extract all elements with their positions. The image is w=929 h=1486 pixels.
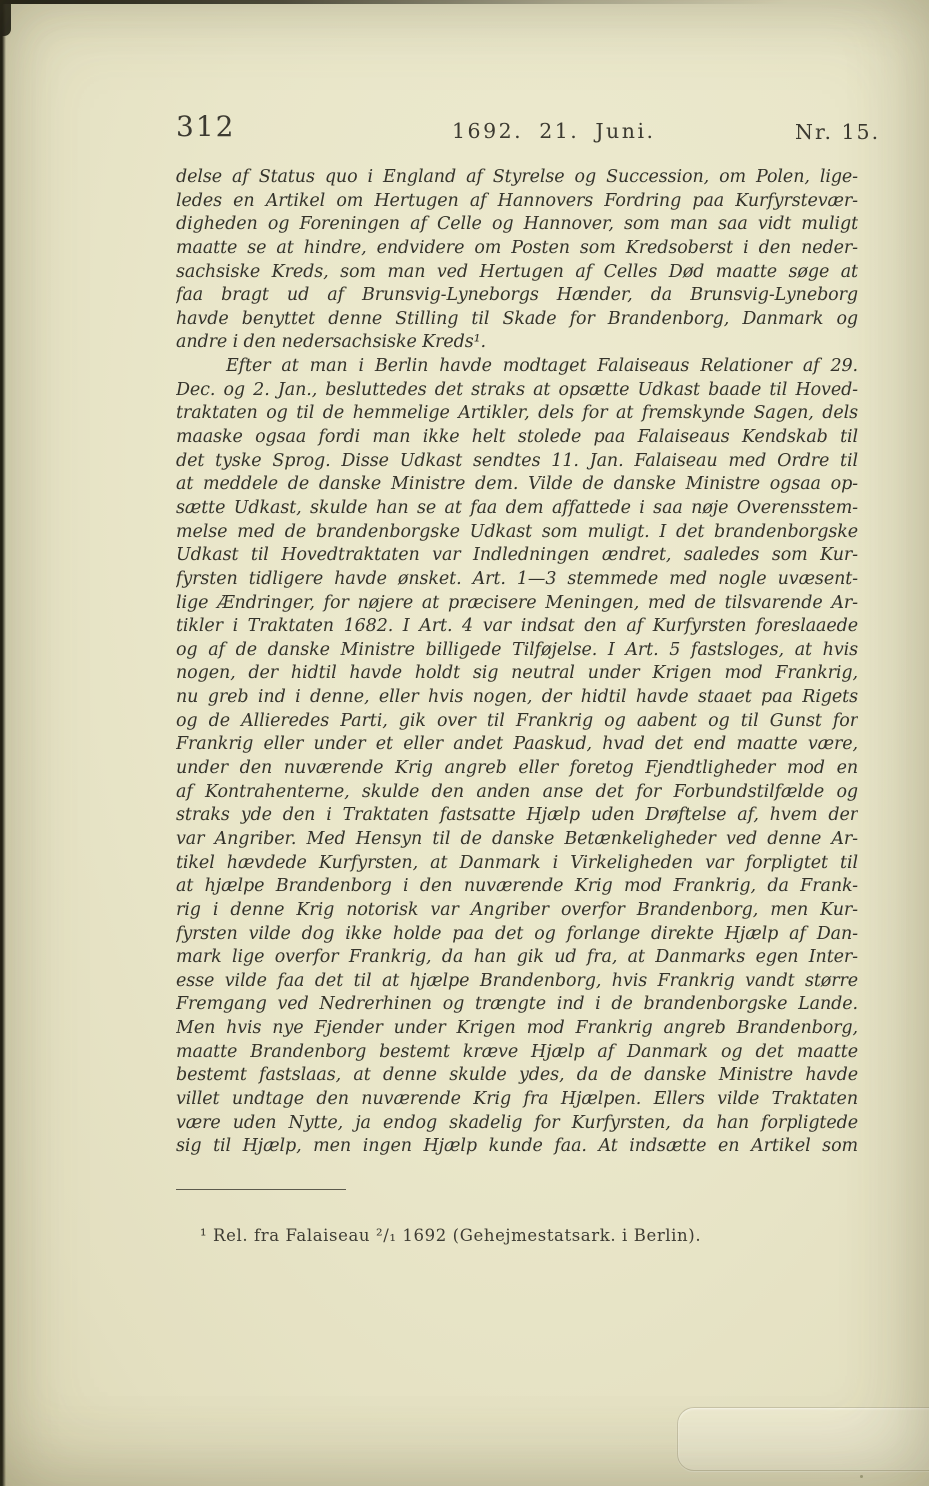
text-line: og af de danske Ministre billigede Tilfø…	[176, 639, 858, 663]
text-line: lige Ændringer, for nøjere at præcisere …	[176, 592, 858, 616]
text-line: bestemt fastslaas, at denne skulde ydes,…	[176, 1064, 858, 1088]
body-text: delse af Status quo i England af Styrels…	[176, 166, 858, 1159]
text-line: digheden og Foreningen af Celle og Hanno…	[176, 213, 858, 237]
footnote-separator	[176, 1189, 346, 1190]
text-line: sætte Udkast, skulde han se at faa dem a…	[176, 497, 858, 521]
text-line: maatte se at hindre, endvidere om Posten…	[176, 237, 858, 261]
text-line: havde benyttet denne Stilling til Skade …	[176, 308, 858, 332]
text-line: sachsiske Kreds, som man ved Hertugen af…	[176, 261, 858, 285]
footnote: ¹ Rel. fra Falaiseau ²/₁ 1692 (Gehejmest…	[176, 1226, 858, 1245]
paper-speck	[860, 1475, 863, 1478]
text-line: nu greb ind i denne, eller hvis nogen, d…	[176, 686, 858, 710]
text-line: var Angriber. Med Hensyn til de danske B…	[176, 828, 858, 852]
text-line: det tyske Sprog. Disse Udkast sendtes 11…	[176, 450, 858, 474]
scan-edge-top	[0, 0, 929, 4]
embossed-label-mark	[677, 1407, 929, 1471]
text-line: Fremgang ved Nedrerhinen og trængte ind …	[176, 993, 858, 1017]
text-line: mark lige overfor Frankrig, da han gik u…	[176, 946, 858, 970]
text-line: rig i denne Krig notorisk var Angriber o…	[176, 899, 858, 923]
text-line: maaske ogsaa fordi man ikke helt stolede…	[176, 426, 858, 450]
text-line: at hjælpe Brandenborg i den nuværende Kr…	[176, 875, 858, 899]
text-line: sig til Hjælp, men ingen Hjælp kunde faa…	[176, 1135, 858, 1159]
page-number: 312	[176, 110, 235, 143]
text-line: Udkast til Hovedtraktaten var Indledning…	[176, 544, 858, 568]
text-line: straks yde den i Traktaten fastsatte Hjæ…	[176, 804, 858, 828]
text-line: melse med de brandenborgske Udkast som m…	[176, 521, 858, 545]
header-issue-number: Nr. 15.	[795, 120, 880, 144]
scan-corner-top-left	[0, 0, 11, 36]
scan-edge-left	[0, 0, 6, 1486]
text-line: delse af Status quo i England af Styrels…	[176, 166, 858, 190]
text-line: nogen, der hidtil havde holdt sig neutra…	[176, 662, 858, 686]
text-line: Men hvis nye Fjender under Krigen mod Fr…	[176, 1017, 858, 1041]
text-line: andre i den nedersachsiske Kreds¹.	[176, 331, 858, 355]
header-date: 1692. 21. Juni.	[452, 119, 656, 143]
text-line: esse vilde faa det til at hjælpe Branden…	[176, 970, 858, 994]
text-line: tikler i Traktaten 1682. I Art. 4 var in…	[176, 615, 858, 639]
text-line: Efter at man i Berlin havde modtaget Fal…	[176, 355, 858, 379]
text-line: og de Allieredes Parti, gik over til Fra…	[176, 710, 858, 734]
text-line: traktaten og til de hemmelige Artikler, …	[176, 402, 858, 426]
text-line: Dec. og 2. Jan., besluttedes det straks …	[176, 379, 858, 403]
scanned-book-page: 312 1692. 21. Juni. Nr. 15. delse af Sta…	[0, 0, 929, 1486]
text-line: maatte Brandenborg bestemt kræve Hjælp a…	[176, 1041, 858, 1065]
text-line: Frankrig eller under et eller andet Paas…	[176, 733, 858, 757]
text-line: at meddele de danske Ministre dem. Vilde…	[176, 473, 858, 497]
text-line: tikel hævdede Kurfyrsten, at Danmark i V…	[176, 852, 858, 876]
text-line: under den nuværende Krig angreb eller fo…	[176, 757, 858, 781]
text-line: fyrsten tidligere havde ønsket. Art. 1—3…	[176, 568, 858, 592]
text-line: fyrsten vilde dog ikke holde paa det og …	[176, 923, 858, 947]
text-line: være uden Nytte, ja endog skadelig for K…	[176, 1112, 858, 1136]
text-line: ledes en Artikel om Hertugen af Hannover…	[176, 190, 858, 214]
text-line: af Kontrahenterne, skulde den anden anse…	[176, 781, 858, 805]
text-line: villet undtage den nuværende Krig fra Hj…	[176, 1088, 858, 1112]
text-line: faa bragt ud af Brunsvig-Lyneborgs Hænde…	[176, 284, 858, 308]
